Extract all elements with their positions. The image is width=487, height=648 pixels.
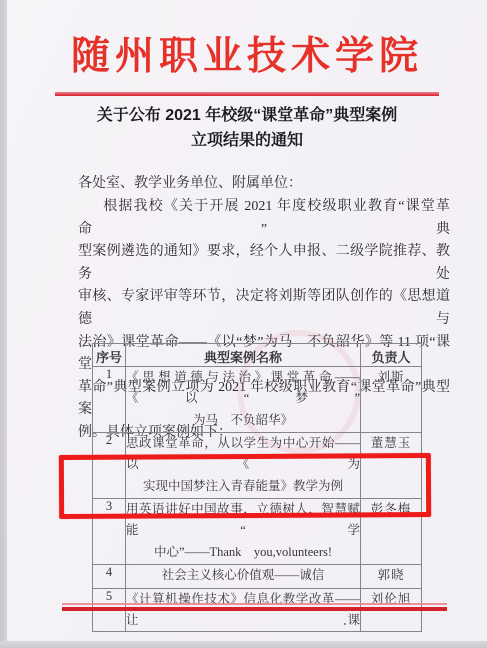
scanner-background-left xyxy=(0,0,7,648)
cell-case-name: 社会主义核心价值观——诚信 xyxy=(126,565,361,589)
cell-index: 4 xyxy=(93,565,126,589)
body-line: 审核、专家评审等环节，决定将刘斯等团队创作的《思想道德与 xyxy=(78,286,450,331)
letterhead-school-name: 随州职业技术学院 xyxy=(7,34,487,80)
document-title-line2: 立项结果的通知 xyxy=(7,128,487,153)
document-title-line1: 关于公布 2021 年校级“课堂革命”典型案例 xyxy=(7,103,487,128)
scanned-page: 随州职业技术学院 关于公布 2021 年校级“课堂革命”典型案例 立项结果的通知… xyxy=(7,0,487,641)
highlight-annotation-box xyxy=(59,453,431,519)
body-line: 型案例遴选的通知》要求，经个人申报、二级学院推荐、教务处 xyxy=(78,241,450,286)
scanner-background-bottom xyxy=(0,641,487,648)
cell-case-name: 《思想道德与法治》课堂革命——《以“梦”为马 不负韶华》 xyxy=(126,367,361,433)
body-line: 根据我校《关于开展 2021 年度校级职业教育“课堂革命”典 xyxy=(78,196,450,241)
cell-index: 1 xyxy=(93,367,126,433)
column-header: 负责人 xyxy=(361,344,422,367)
cell-leader: 刘斯 xyxy=(361,367,422,433)
footer-rule xyxy=(62,603,447,611)
table-header-row: 序号典型案例名称负责人 xyxy=(93,344,422,367)
cell-leader: 郭晓 xyxy=(361,565,422,589)
table-row: 4社会主义核心价值观——诚信郭晓 xyxy=(93,565,422,589)
scan-speck xyxy=(344,623,346,625)
column-header: 典型案例名称 xyxy=(126,344,361,367)
column-header: 序号 xyxy=(93,344,126,367)
letterhead-rule xyxy=(55,92,439,96)
footer-rule-thick-line xyxy=(62,607,447,611)
document-title: 关于公布 2021 年校级“课堂革命”典型案例 立项结果的通知 xyxy=(7,103,487,153)
salutation: 各处室、教学业务单位、附属单位： xyxy=(78,172,458,192)
table-row: 1《思想道德与法治》课堂革命——《以“梦”为马 不负韶华》刘斯 xyxy=(93,367,422,433)
